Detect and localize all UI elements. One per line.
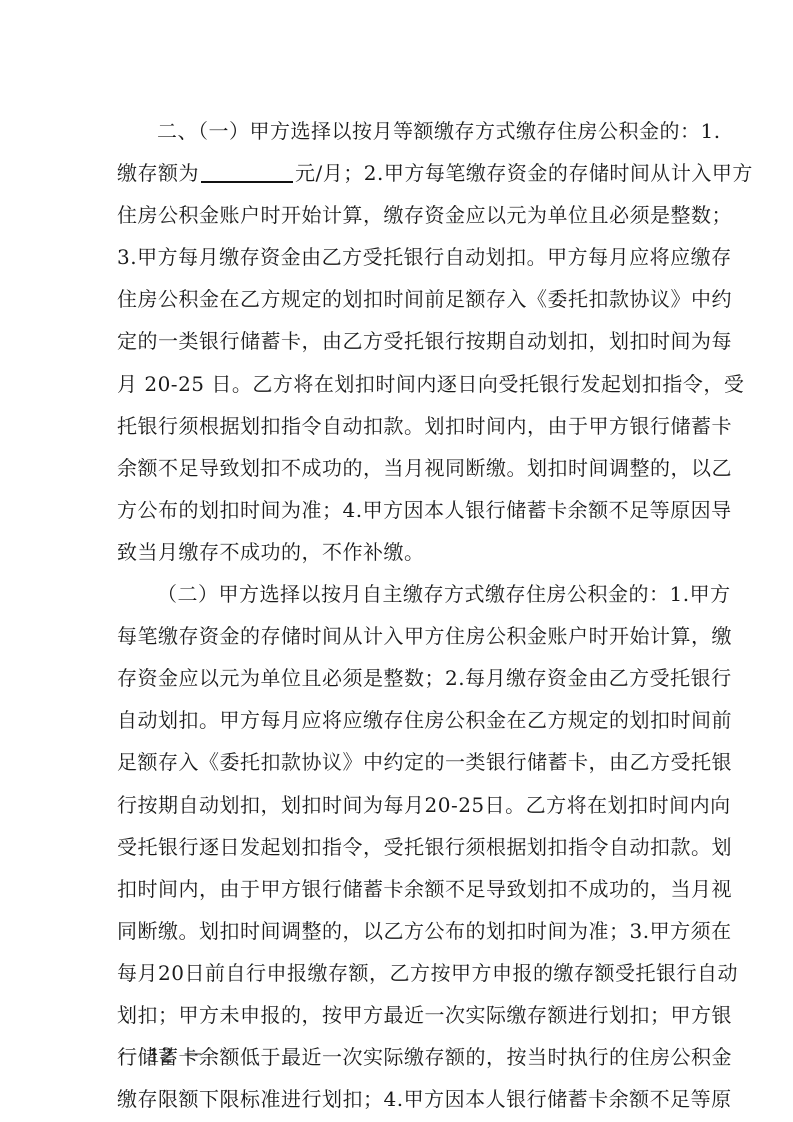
paragraph-line: 定的一类银行储蓄卡，由乙方受托银行按期自动划扣，划扣时间为每 <box>117 320 685 362</box>
paragraph-line: 3.甲方每月缴存资金由乙方受托银行自动划扣。甲方每月应将应缴存 <box>117 236 685 278</box>
document-body: 二、（一）甲方选择以按月等额缴存方式缴存住房公积金的：1. 缴存额为元/月；2.… <box>117 110 685 1120</box>
amount-label: 缴存额为 <box>117 161 199 185</box>
paragraph-line: 缴存限额下限标准进行划扣；4.甲方因本人银行储蓄卡余额不足等原 <box>117 1078 685 1120</box>
paragraph-line: 月 20-25 日。乙方将在划扣时间内逐日向受托银行发起划扣指令，受 <box>117 363 685 405</box>
paragraph-line: 受托银行逐日发起划扣指令，受托银行须根据划扣指令自动扣款。划 <box>117 826 685 868</box>
page-number: － 12 － <box>117 1038 206 1069</box>
paragraph-line: 存资金应以元为单位且必须是整数；2.每月缴存资金由乙方受托银行 <box>117 657 685 699</box>
paragraph-line: 致当月缴存不成功的，不作补缴。 <box>117 531 685 573</box>
paragraph-line: 同断缴。划扣时间调整的，以乙方公布的划扣时间为准；3.甲方须在 <box>117 910 685 952</box>
paragraph-line: 每月20日前自行申报缴存额，乙方按甲方申报的缴存额受托银行自动 <box>117 952 685 994</box>
paragraph-line: 自动划扣。甲方每月应将应缴存住房公积金在乙方规定的划扣时间前 <box>117 699 685 741</box>
amount-blank-field <box>201 161 293 183</box>
paragraph-line: 每笔缴存资金的存储时间从计入甲方住房公积金账户时开始计算，缴 <box>117 615 685 657</box>
paragraph-line: 托银行须根据划扣指令自动扣款。划扣时间内，由于甲方银行储蓄卡 <box>117 405 685 447</box>
paragraph-line: 足额存入《委托扣款协议》中约定的一类银行储蓄卡，由乙方受托银 <box>117 741 685 783</box>
paragraph-line-with-blank: 缴存额为元/月；2.甲方每笔缴存资金的存储时间从计入甲方 <box>117 152 685 194</box>
paragraph-line: 余额不足导致划扣不成功的，当月视同断缴。划扣时间调整的，以乙 <box>117 447 685 489</box>
paragraph-line: 划扣；甲方未申报的，按甲方最近一次实际缴存额进行划扣；甲方银 <box>117 994 685 1036</box>
paragraph-line: 住房公积金账户时开始计算，缴存资金应以元为单位且必须是整数； <box>117 194 685 236</box>
section-monthly-fixed-deposit: 二、（一）甲方选择以按月等额缴存方式缴存住房公积金的：1. 缴存额为元/月；2.… <box>117 110 685 573</box>
paragraph-line: 扣时间内，由于甲方银行储蓄卡余额不足导致划扣不成功的，当月视 <box>117 868 685 910</box>
paragraph-line: 住房公积金在乙方规定的划扣时间前足额存入《委托扣款协议》中约 <box>117 278 685 320</box>
document-page: 二、（一）甲方选择以按月等额缴存方式缴存住房公积金的：1. 缴存额为元/月；2.… <box>0 0 793 1122</box>
paragraph-line: 行按期自动划扣，划扣时间为每月20-25日。乙方将在划扣时间内向 <box>117 784 685 826</box>
paragraph-line: 方公布的划扣时间为准；4.甲方因本人银行储蓄卡余额不足等原因导 <box>117 489 685 531</box>
paragraph-line: （二）甲方选择以按月自主缴存方式缴存住房公积金的：1.甲方 <box>117 573 685 615</box>
paragraph-line-rest: 元/月；2.甲方每笔缴存资金的存储时间从计入甲方 <box>295 161 753 185</box>
paragraph-line: 二、（一）甲方选择以按月等额缴存方式缴存住房公积金的：1. <box>117 110 685 152</box>
